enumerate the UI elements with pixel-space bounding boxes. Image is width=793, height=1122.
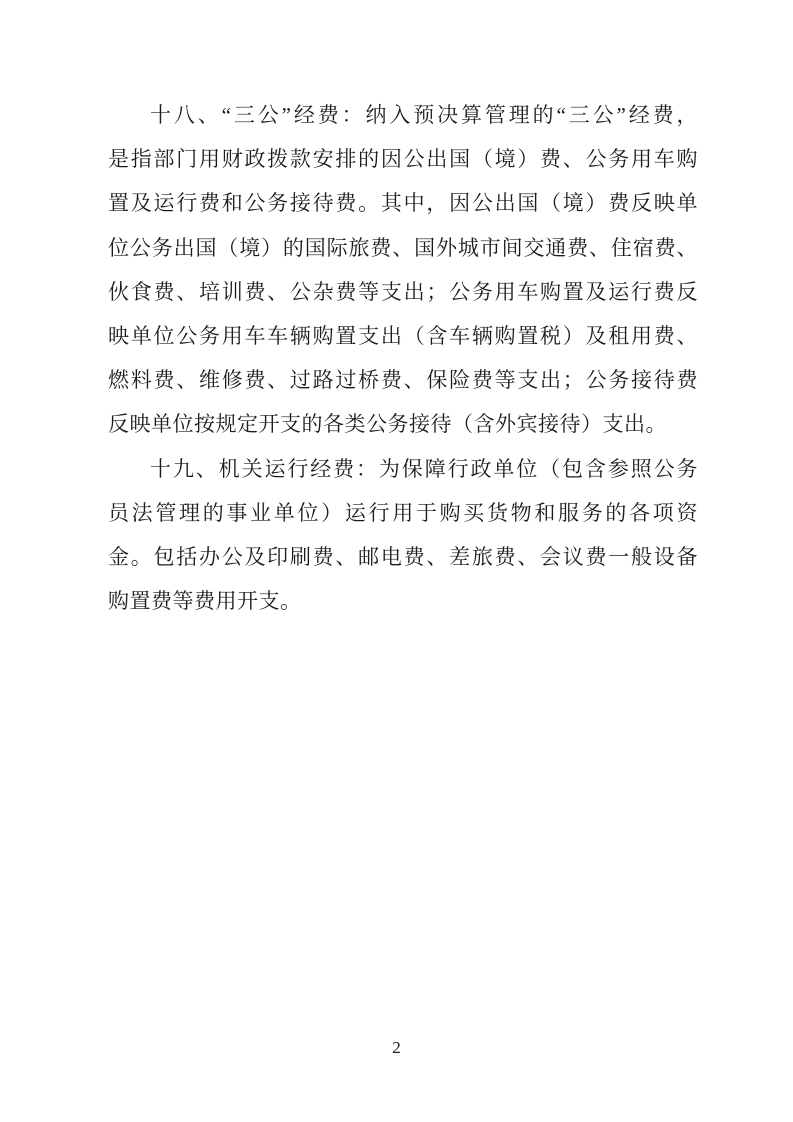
text-line: 位公务出国（境）的国际旅费、国外城市间交通费、住宿费、 — [108, 226, 698, 270]
document-page: 十八、“三公”经费：纳入预决算管理的“三公”经费， 是指部门用财政拨款安排的因公… — [0, 0, 793, 1122]
text-line: 置及运行费和公务接待费。其中，因公出国（境）费反映单 — [108, 181, 698, 225]
text-line: 购置费等费用开支。 — [108, 579, 698, 623]
text-line: 员法管理的事业单位）运行用于购买货物和服务的各项资 — [108, 491, 698, 535]
body-text: 十八、“三公”经费：纳入预决算管理的“三公”经费， 是指部门用财政拨款安排的因公… — [108, 93, 698, 623]
text-line: 十八、“三公”经费：纳入预决算管理的“三公”经费， — [108, 93, 698, 137]
text-line: 映单位公务用车车辆购置支出（含车辆购置税）及租用费、 — [108, 314, 698, 358]
text-line: 反映单位按规定开支的各类公务接待（含外宾接待）支出。 — [108, 402, 698, 446]
text-line: 是指部门用财政拨款安排的因公出国（境）费、公务用车购 — [108, 137, 698, 181]
text-line: 燃料费、维修费、过路过桥费、保险费等支出；公务接待费 — [108, 358, 698, 402]
paragraph-agency-operating-funds: 十九、机关运行经费：为保障行政单位（包含参照公务 员法管理的事业单位）运行用于购… — [108, 447, 698, 624]
text-line: 十九、机关运行经费：为保障行政单位（包含参照公务 — [108, 447, 698, 491]
paragraph-three-public-funds: 十八、“三公”经费：纳入预决算管理的“三公”经费， 是指部门用财政拨款安排的因公… — [108, 93, 698, 447]
text-line: 伙食费、培训费、公杂费等支出；公务用车购置及运行费反 — [108, 270, 698, 314]
text-line: 金。包括办公及印刷费、邮电费、差旅费、会议费一般设备 — [108, 535, 698, 579]
page-number: 2 — [0, 1038, 793, 1058]
